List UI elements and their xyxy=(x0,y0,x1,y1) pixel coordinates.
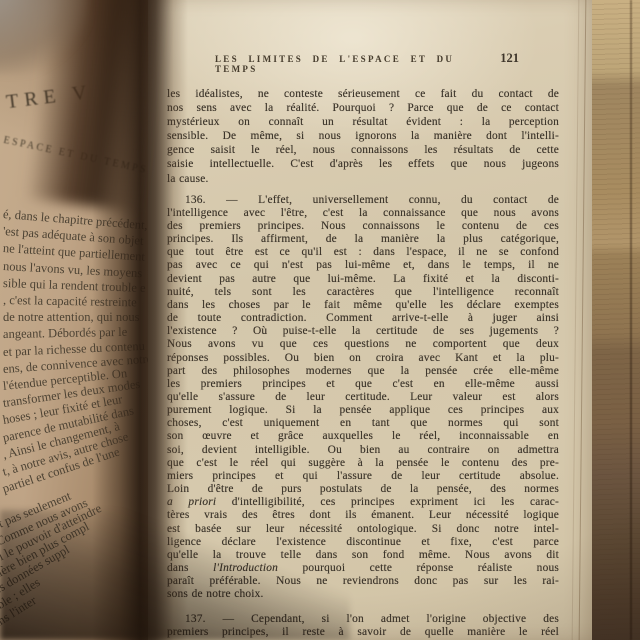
running-header: LES LIMITES DE L'ESPACE ET DU TEMPS 121 xyxy=(167,51,559,74)
paragraph-continuation: les idéalistes, ne conteste sérieusement… xyxy=(167,87,559,186)
paragraph-136-part-a: 136. — L'effet, universellement connu, d… xyxy=(167,194,559,497)
book-photo-scene: TRE V ESPACE ET DU TEMPS é, dans le chap… xyxy=(0,0,640,640)
text-line: que c'est le réel qui suggère à la pensé… xyxy=(167,457,559,470)
italic-a-priori: a priori xyxy=(167,496,216,508)
line-pre: dans xyxy=(167,562,213,574)
text-line: 137. — Cependant, si l'on admet l'origin… xyxy=(167,613,559,627)
text-line: principes. Ils affirment, de la manière … xyxy=(167,233,559,246)
text-line: son œuvre et grâce auxquelles le réel, i… xyxy=(167,430,559,443)
left-section-title-fragment: ESPACE ET DU TEMPS xyxy=(2,135,148,176)
paragraph-136-part-c: paraît préférable. Nous ne reviendrons d… xyxy=(167,575,559,601)
text-line: gence saisit le réel, nous connaissons l… xyxy=(167,143,559,157)
page-number: 121 xyxy=(500,51,519,66)
text-line: les premiers principes et que c'est en e… xyxy=(167,378,559,391)
text-line: mystérieux on connaît un résultat éviden… xyxy=(167,115,559,129)
text-line: des premiers principes. Nous connaissons… xyxy=(167,220,559,233)
text-line: sons de notre choix. xyxy=(167,588,559,601)
text-line: qu'elle la trouve telle dans son fond mê… xyxy=(167,549,559,562)
page-fore-edge-line-inner xyxy=(572,0,580,640)
text-line: premiers principes, il reste à savoir de… xyxy=(167,626,559,640)
text-line: que tout être est ce qu'il est : dans l'… xyxy=(167,246,559,259)
text-line: devient pas autre que lui-même. La fixit… xyxy=(167,273,559,286)
text-line: est basée sur leur nécessité ontologique… xyxy=(167,523,559,536)
text-line: miers principes et qui l'assure de leur … xyxy=(167,470,559,483)
text-line: soi, devient intelligible. Ou bien au co… xyxy=(167,444,559,457)
text-line: Nous avons vu que ces questions ne compo… xyxy=(167,338,559,351)
text-line: part des philosophes modernes que la pen… xyxy=(167,365,559,378)
text-line: qu'elle s'assure de leur certitude. Leur… xyxy=(167,391,559,404)
text-line: de toute contradiction. Comment arrive-t… xyxy=(167,312,559,325)
left-chapter-title-fragment: TRE V xyxy=(5,81,94,114)
page-text-block: LES LIMITES DE L'ESPACE ET DU TEMPS 121 … xyxy=(167,0,559,640)
paragraph-136: 136. — L'effet, universellement connu, d… xyxy=(167,194,559,602)
text-line: l'intelligence avec l'être, c'est la con… xyxy=(167,207,559,220)
text-line: 136. — L'effet, universellement connu, d… xyxy=(167,194,559,207)
text-line: l'existence ? Où puise-t-elle la certitu… xyxy=(167,325,559,338)
text-line: purement logique. Si la pensée applique … xyxy=(167,404,559,417)
text-line: tères vrais des êtres dont ils émanent. … xyxy=(167,509,559,522)
paragraph-136-part-b: tères vrais des êtres dont ils émanent. … xyxy=(167,509,559,562)
text-line: nuité, tels sont les caractères que l'in… xyxy=(167,286,559,299)
text-line: pas avec ce qui n'est pas lui-même et, d… xyxy=(167,259,559,272)
text-line: réponses possibles. Ou bien on croira av… xyxy=(167,352,559,365)
right-book-page: LES LIMITES DE L'ESPACE ET DU TEMPS 121 … xyxy=(148,0,592,640)
text-line-introduction: dans l'Introduction pourquoi cette répon… xyxy=(167,562,559,575)
line-rest: d'intelligibilité, ces principes exprime… xyxy=(216,496,559,508)
text-line: nos sens avec la réalité. Pourquoi ? Par… xyxy=(167,101,559,115)
paragraph-137: 137. — Cependant, si l'on admet l'origin… xyxy=(167,613,559,640)
wood-plank-seam xyxy=(630,0,632,640)
line-rest: pourquoi cette réponse réaliste nous xyxy=(278,562,559,574)
text-line: dans les choses par le fait même qu'elle… xyxy=(167,299,559,312)
text-line: la cause. xyxy=(167,172,559,186)
text-line: paraît préférable. Nous ne reviendrons d… xyxy=(167,575,559,588)
text-line-a-priori: a priori d'intelligibilité, ces principe… xyxy=(167,496,559,509)
page-fore-edge-line xyxy=(579,0,587,640)
text-line: saisie intellectuelle. C'est d'après les… xyxy=(167,157,559,171)
running-title: LES LIMITES DE L'ESPACE ET DU TEMPS xyxy=(215,54,500,74)
italic-introduction: l'Introduction xyxy=(213,562,278,574)
text-line: sensible. De même, si nous ignorons la m… xyxy=(167,129,559,143)
text-line: Loin d'être de purs postulats de la pens… xyxy=(167,483,559,496)
text-line: ligence déclare l'existence discontinue … xyxy=(167,536,559,549)
text-line: choses, c'est uniquement en tant que nor… xyxy=(167,417,559,430)
text-line: les idéalistes, ne conteste sérieusement… xyxy=(167,87,559,101)
